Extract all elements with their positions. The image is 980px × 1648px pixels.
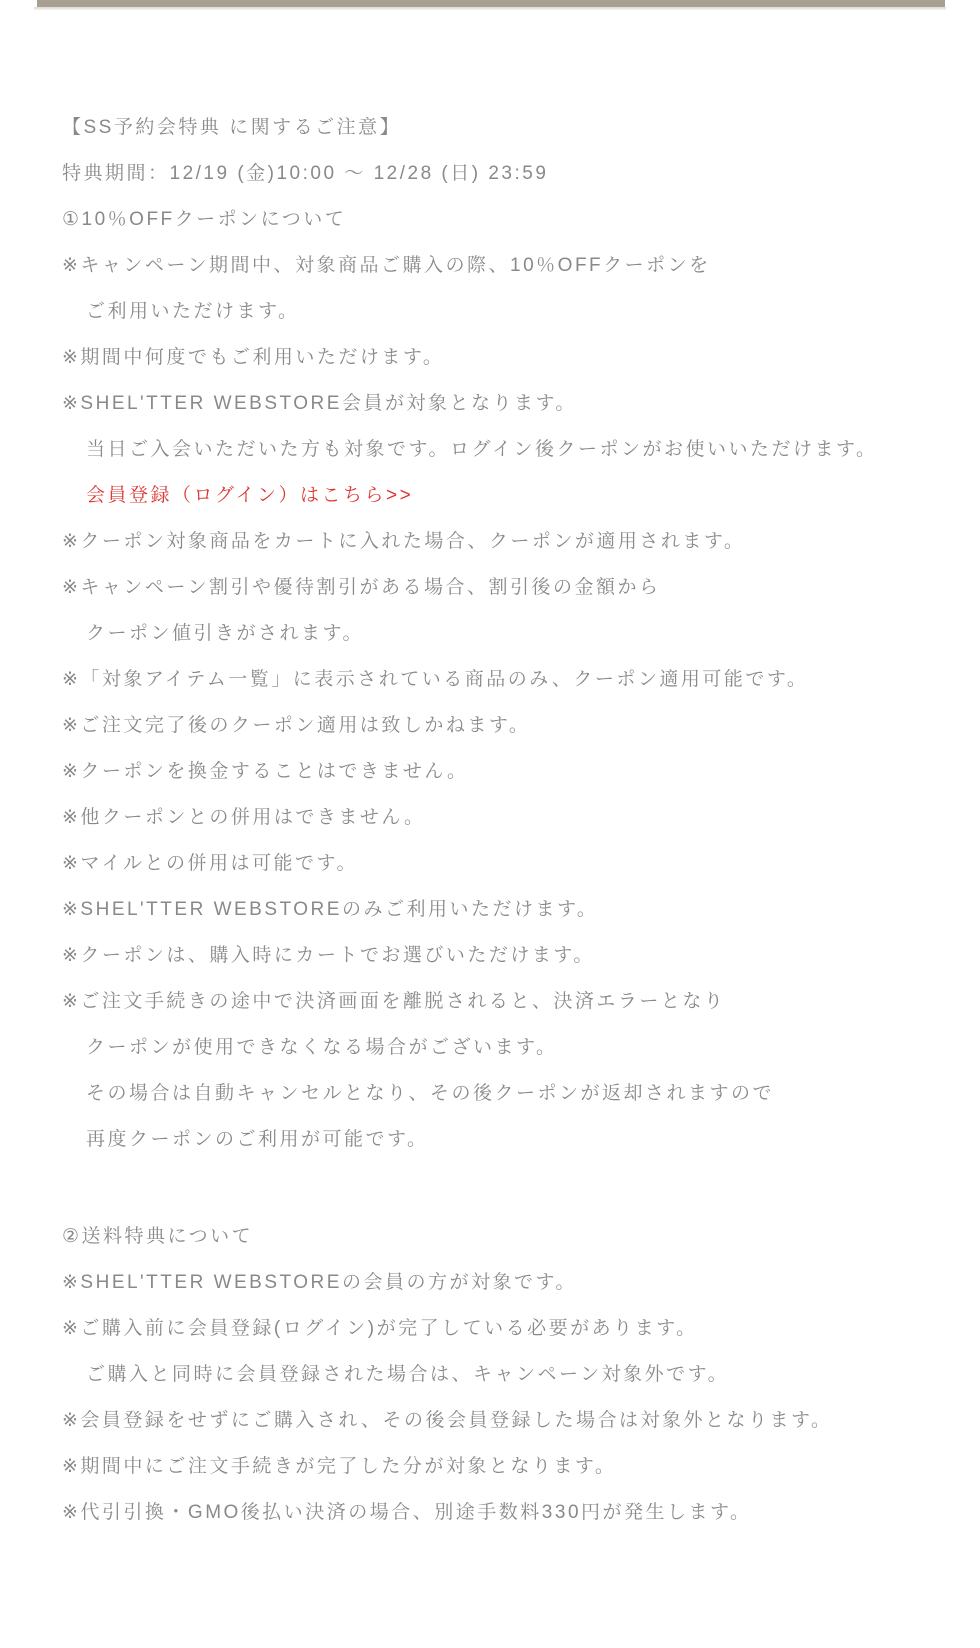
member-registration-link[interactable]: 会員登録（ログイン）はこちら>>	[86, 485, 413, 506]
section-gap	[62, 1163, 952, 1214]
notice-line: ※「対象アイテム一覧」に表示されている商品のみ、クーポン適用可能です。	[62, 657, 952, 703]
header-divider-bar	[37, 0, 945, 7]
notice-line: ご利用いただけます。	[62, 289, 952, 335]
notice-line: ※ご購入前に会員登録(ログイン)が完了している必要があります。	[62, 1306, 952, 1352]
notice-line: その場合は自動キャンセルとなり、その後クーポンが返却されますので	[62, 1071, 952, 1117]
notice-line: ※SHEL'TTER WEBSTORE会員が対象となります。	[62, 381, 952, 427]
notice-line: ※SHEL'TTER WEBSTOREのみご利用いただけます。	[62, 887, 952, 933]
header-divider-shadow	[34, 7, 946, 10]
notice-line: ※ご注文完了後のクーポン適用は致しかねます。	[62, 703, 952, 749]
notice-page: 【SS予約会特典 に関するご注意】 特典期間：12/19 (金)10:00 ～ …	[0, 0, 980, 1648]
notice-line: クーポンが使用できなくなる場合がございます。	[62, 1025, 952, 1071]
notice-line: 当日ご入会いただいた方も対象です。ログイン後クーポンがお使いいただけます。	[62, 427, 952, 473]
notice-line: ※クーポン対象商品をカートに入れた場合、クーポンが適用されます。	[62, 519, 952, 565]
notice-content: 【SS予約会特典 に関するご注意】 特典期間：12/19 (金)10:00 ～ …	[62, 105, 952, 1536]
shipping-section-heading: ②送料特典について	[62, 1214, 952, 1260]
notice-line: ※キャンペーン割引や優待割引がある場合、割引後の金額から	[62, 565, 952, 611]
notice-line: ※他クーポンとの併用はできません。	[62, 795, 952, 841]
notice-line: 再度クーポンのご利用が可能です。	[62, 1117, 952, 1163]
notice-line: クーポン値引きがされます。	[62, 611, 952, 657]
notice-line: ※マイルとの併用は可能です。	[62, 841, 952, 887]
coupon-section-heading: ①10％OFFクーポンについて	[62, 197, 952, 243]
notice-line: 会員登録（ログイン）はこちら>>	[62, 473, 952, 519]
notice-line: ※ご注文手続きの途中で決済画面を離脱されると、決済エラーとなり	[62, 979, 952, 1025]
notice-line: ※会員登録をせずにご購入され、その後会員登録した場合は対象外となります。	[62, 1398, 952, 1444]
notice-line: ※クーポンは、購入時にカートでお選びいただけます。	[62, 933, 952, 979]
notice-line: ※期間中にご注文手続きが完了した分が対象となります。	[62, 1444, 952, 1490]
notice-line: ※SHEL'TTER WEBSTOREの会員の方が対象です。	[62, 1260, 952, 1306]
notice-line: ご購入と同時に会員登録された場合は、キャンペーン対象外です。	[62, 1352, 952, 1398]
notice-line: ※キャンペーン期間中、対象商品ご購入の際、10％OFFクーポンを	[62, 243, 952, 289]
notice-title: 【SS予約会特典 に関するご注意】	[62, 105, 952, 151]
notice-line: ※代引引換・GMO後払い決済の場合、別途手数料330円が発生します。	[62, 1490, 952, 1536]
campaign-period: 特典期間：12/19 (金)10:00 ～ 12/28 (日) 23:59	[62, 151, 952, 197]
notice-line: ※クーポンを換金することはできません。	[62, 749, 952, 795]
notice-line: ※期間中何度でもご利用いただけます。	[62, 335, 952, 381]
